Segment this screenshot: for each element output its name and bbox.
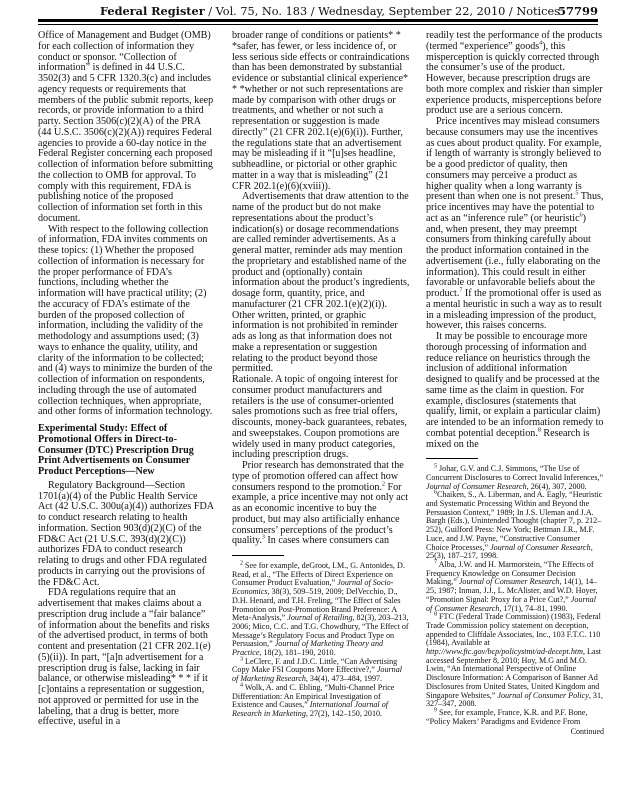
header-citation: Federal Register / Vol. 75, No. 183 / We… (100, 4, 560, 18)
footnote-5: 5 Johar, G.V. and C.J. Simmons, “The Use… (426, 465, 604, 491)
column-1: Office of Management and Budget (OMB) fo… (38, 31, 214, 728)
section-heading: Experimental Study: Effect of Promotiona… (38, 424, 214, 478)
footnote-7: 7 Alba, J.W. and H. Marmorstein, “The Ef… (426, 561, 604, 613)
header-rule-thick (38, 19, 598, 22)
footnote-4: 4 Wolk, A. and C. Ebling, “Multi-Channel… (232, 684, 410, 719)
paragraph-prior-research: Prior research has demonstrated that the… (232, 461, 410, 547)
paragraph-regulatory-background: Regulatory Background—Section 1701(a)(4)… (38, 481, 214, 589)
paragraph-experience-goods: readily test the performance of the prod… (426, 31, 604, 117)
ftc-deception-link[interactable]: http://www.ftc.gov/bcp/policystmt/ad-dec… (426, 647, 583, 656)
column-2: broader range of conditions or patients*… (232, 31, 410, 719)
publication-name: Federal Register (100, 4, 205, 18)
footnote-divider (232, 555, 284, 556)
paragraph-fda-regulations: FDA regulations require that an advertis… (38, 588, 214, 728)
paragraph-price-incentives: Price incentives may mislead consumers b… (426, 117, 604, 332)
footnote-8: 8 FTC (Federal Trade Commission) (1983),… (426, 613, 604, 709)
paragraph-reminder-ads: Advertisements that draw attention to th… (232, 192, 410, 375)
footnote-2: 2 See for example, deGroot, I.M., G. Ant… (232, 562, 410, 658)
running-header: Federal Register / Vol. 75, No. 183 / We… (38, 4, 598, 20)
footnote-6: 6Chaiken, S., A. Liberman, and A. Eagly,… (426, 491, 604, 561)
paragraph-omb: Office of Management and Budget (OMB) fo… (38, 31, 214, 225)
paragraph-disclosures: It may be possible to encourage more tho… (426, 332, 604, 450)
footnote-3: 3 LeClerc, F. and J.D.C. Little, “Can Ad… (232, 658, 410, 684)
footnote-divider (426, 458, 478, 459)
page-number: 57799 (558, 4, 598, 18)
header-rule-thin (38, 24, 598, 25)
issue-info: / Vol. 75, No. 183 / Wednesday, Septembe… (205, 5, 560, 18)
paragraph-comments: With respect to the following collection… (38, 225, 214, 419)
paragraph-continued-quote: broader range of conditions or patients*… (232, 31, 410, 192)
continued-label: Continued (426, 727, 604, 738)
paragraph-rationale: Rationale. A topic of ongoing interest f… (232, 375, 410, 461)
column-3: readily test the performance of the prod… (426, 31, 604, 738)
footnote-9: 9 See, for example, France, K.R. and P.F… (426, 709, 604, 726)
